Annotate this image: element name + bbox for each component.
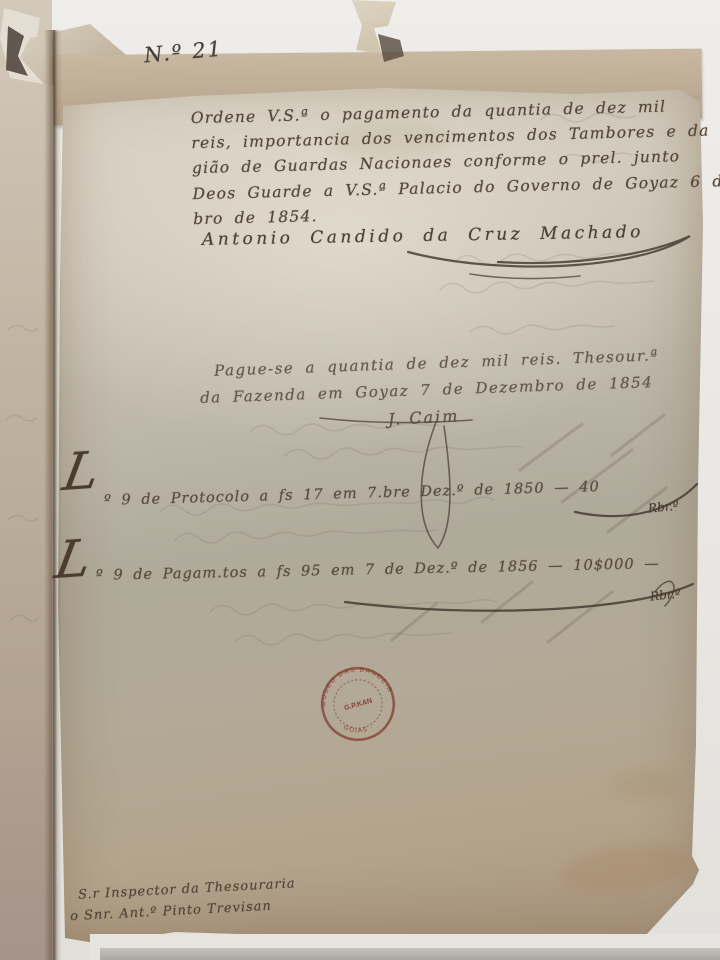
payment-order-signature: J. Caim	[388, 406, 460, 429]
pagamento-initial: L	[52, 539, 94, 581]
table-edge-shadow	[100, 948, 720, 960]
letter-body: Ordene V.S.ª o pagamento da quantia de d…	[191, 94, 699, 232]
document-photo: N.º 21 Ordene V.S.ª o pagamento da quant…	[0, 0, 720, 960]
protocolo-initial: L	[60, 451, 102, 493]
stamp-center-text: G.P.KAN	[343, 697, 373, 713]
paper-stain	[610, 770, 680, 800]
